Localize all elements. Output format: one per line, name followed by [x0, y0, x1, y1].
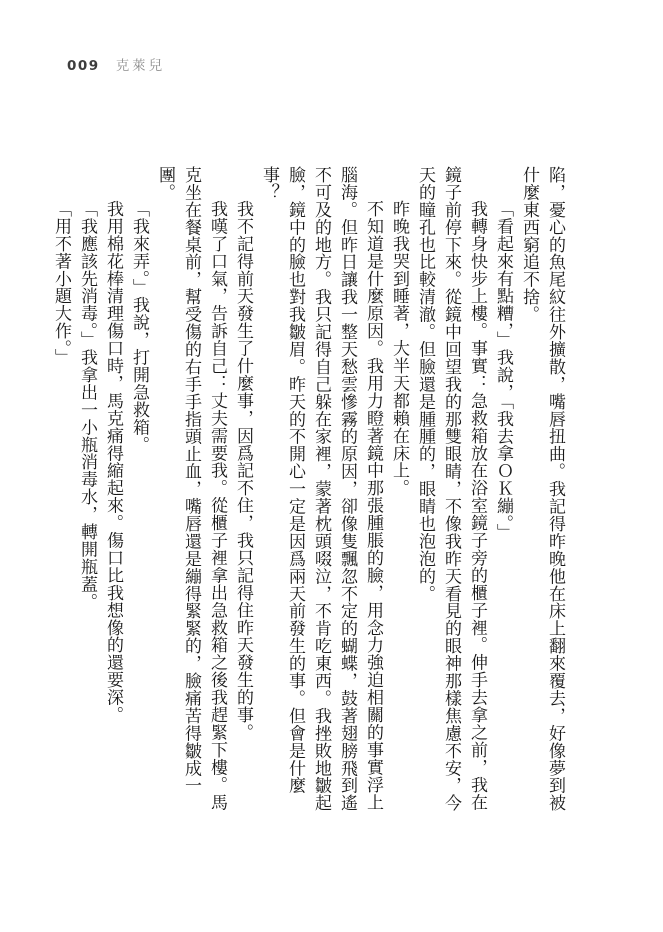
- paragraph: 不知道是什麼原因。我用力瞪著鏡中那張腫脹的臉，用念力強迫相關的事實浮上腦海。但昨…: [256, 166, 386, 816]
- body-text-block: 陷，憂心的魚尾紋往外擴散，嘴唇扭曲。我記得昨晚他在床上翻來覆去，好像夢到被什麼東…: [48, 166, 568, 816]
- page-number: 009: [67, 58, 100, 74]
- running-title: 克萊兒: [116, 54, 166, 74]
- book-page: 009 克萊兒 陷，憂心的魚尾紋往外擴散，嘴唇扭曲。我記得昨晚他在床上翻來覆去，…: [0, 0, 663, 932]
- running-head: 009 克萊兒: [67, 54, 165, 74]
- paragraph: 「看起來有點糟，」我說，「我去拿ＯＫ繃。」: [490, 166, 516, 816]
- paragraph: 昨晚我哭到睡著，大半天都賴在床上。: [386, 166, 412, 816]
- paragraph: 我不記得前天發生了什麼事，因爲記不住，我只記得住昨天發生的事。: [230, 166, 256, 816]
- paragraph: 陷，憂心的魚尾紋往外擴散，嘴唇扭曲。我記得昨晚他在床上翻來覆去，好像夢到被什麼東…: [516, 166, 568, 816]
- paragraph: 我嘆了口氣，告訴自己：丈夫需要我。從櫃子裡拿出急救箱之後我趕緊下樓。馬克坐在餐桌…: [152, 166, 230, 816]
- paragraph: 我轉身快步上樓。事實：急救箱放在浴室鏡子旁的櫃子裡。伸手去拿之前，我在鏡子前停下…: [412, 166, 490, 816]
- paragraph: 「我來弄。」我說，打開急救箱。: [126, 166, 152, 816]
- paragraph: 「我應該先消毒。」我拿出一小瓶消毒水，轉開瓶蓋。: [74, 166, 100, 816]
- paragraph: 「用不著小題大作。」: [48, 166, 74, 816]
- paragraph: 我用棉花棒清理傷口時，馬克痛得縮起來。傷口比我想像的還要深。: [100, 166, 126, 816]
